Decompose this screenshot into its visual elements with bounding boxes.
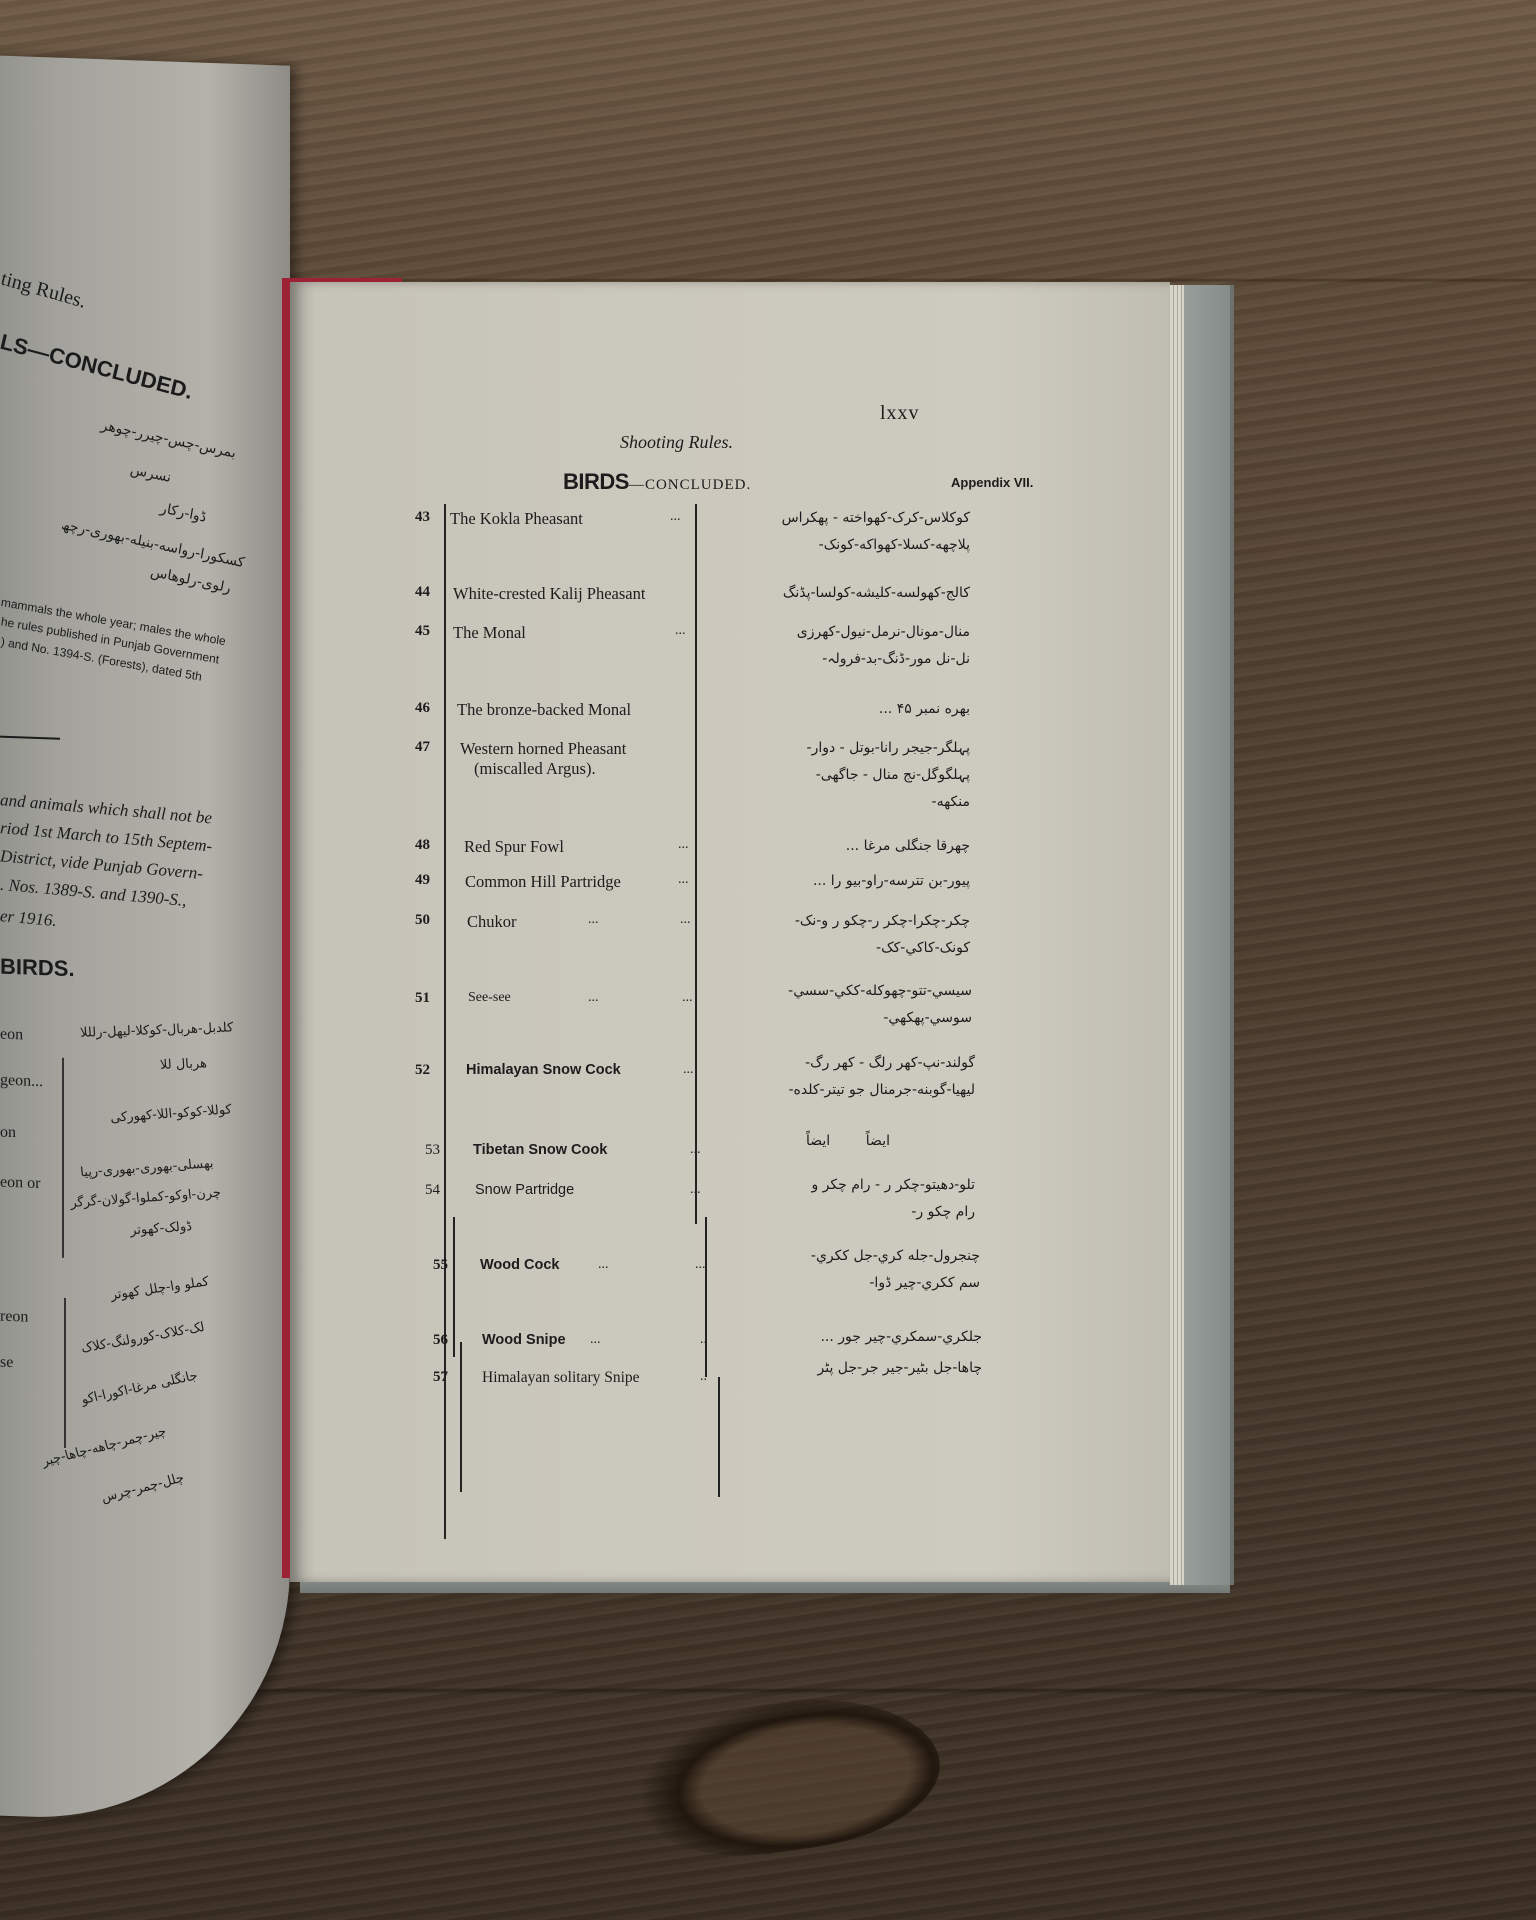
appendix-label: Appendix VII.	[951, 475, 1033, 490]
local-name-line: پہلگوگل-نج منال - جاگھی-	[710, 762, 970, 789]
bird-row: 53 Tibetan Snow Cook ... ايضاً ايضاً	[290, 1142, 1170, 1172]
leader-dots: ...	[588, 912, 599, 928]
local-name-line: سیسي-تتو-چھوکله-ککي-سسي-	[712, 978, 972, 1005]
local-names: کوکلاس-کرک-کھواخته - پھکراس پلاچھه-کسلا-…	[710, 505, 970, 559]
leader-dots: ...	[670, 509, 681, 525]
left-local-name: کسکورا-رواسه-بنیله-بھوری-رچھ	[60, 517, 246, 571]
row-number: 48	[390, 837, 430, 854]
leader-dots: ...	[590, 1332, 601, 1348]
local-name-line: پہلگر-جیجر رانا-بوتل - دوار-	[710, 735, 970, 762]
page-number: lxxv	[880, 402, 920, 425]
row-number: 47	[390, 739, 430, 756]
local-names: جلکري-سمکري-چیر جور ...	[722, 1324, 982, 1351]
bird-row: 45 The Monal ... منال-مونال-نرمل-نیول-کھ…	[290, 623, 1170, 653]
local-name-line: چاها-جل بٹیر-جیر جر-جل پٹر	[722, 1355, 982, 1382]
local-name-line: گولند-نپ-کهر رلگ - کهر رگ-	[715, 1050, 975, 1077]
local-names: کالج-کھولسه-کلیشه-کولسا-پڈنگ	[710, 580, 970, 607]
bird-name: See-see	[468, 990, 511, 1006]
section-title-sub: —CONCLUDED.	[629, 477, 751, 493]
local-names: پیور-بن تترسه-راو-بیو را ...	[710, 868, 970, 895]
left-local-name: هربال للا	[160, 1056, 208, 1073]
left-column-rule	[62, 1058, 64, 1258]
local-name-line: پیور-بن تترسه-راو-بیو را ...	[710, 868, 970, 895]
local-name-line: کوکلاس-کرک-کھواخته - پھکراس	[710, 505, 970, 532]
leader-dots: ...	[690, 1142, 701, 1158]
left-bird-name: se	[0, 1354, 13, 1372]
row-number: 49	[390, 872, 430, 889]
left-local-name: ڈولک-کھوتر	[129, 1219, 192, 1238]
local-names: چھرقا جنگلی مرغا ...	[710, 833, 970, 860]
running-head: Shooting Rules.	[620, 432, 733, 453]
left-running-head: ting Rules.	[0, 268, 88, 314]
row-number: 43	[390, 509, 430, 526]
leader-dots: ...	[675, 623, 686, 639]
left-local-name: بهسلی-بهوری-بھوری-رپیا	[80, 1156, 215, 1180]
local-names: ايضاً ايضاً	[710, 1128, 890, 1155]
left-local-name: ڈوا-رکار	[159, 500, 207, 525]
row-number: 45	[390, 623, 430, 640]
leader-dots: ...	[695, 1257, 706, 1273]
bird-row: 51 See-see ... ... سیسي-تتو-چھوکله-ککي-س…	[290, 990, 1170, 1020]
bird-name-line: Western horned Pheasant	[460, 739, 626, 758]
left-page: ting Rules. LS—CONCLUDED. بمرس-چس-چیرر-چ…	[0, 54, 290, 1826]
left-local-name: چیر-چمر-چاهه-چاها-چیر	[40, 1424, 168, 1470]
local-names: بهره نمبر ۴۵ ...	[710, 696, 970, 723]
row-number: 57	[408, 1369, 448, 1386]
leader-dots: ...	[683, 1062, 694, 1078]
local-name-line: پلاچھه-کسلا-کھواکه-کونک-	[710, 532, 970, 559]
wood-stain	[631, 1680, 949, 1870]
left-local-name: رلوی-رلوهاس	[149, 564, 232, 597]
local-names: چاها-جل بٹیر-جیر جر-جل پٹر	[722, 1355, 982, 1382]
left-bird-name: reon	[0, 1308, 28, 1327]
bird-row: 43 The Kokla Pheasant ... کوکلاس-کرک-کھو…	[290, 509, 1170, 539]
left-bird-name: eon	[0, 1026, 23, 1045]
bird-name-line: (miscalled Argus).	[460, 759, 626, 779]
section-title: BIRDS—CONCLUDED.	[563, 469, 751, 495]
local-name-line: تلو-دهیتو-چکر ر - رام چکر و	[715, 1172, 975, 1199]
leader-dots: ...	[690, 1182, 701, 1198]
back-board	[1180, 285, 1234, 1585]
left-local-name: بمرس-چس-چیرر-چوهر	[100, 417, 238, 461]
row-number: 55	[408, 1257, 448, 1274]
bird-row: 57 Himalayan solitary Snipe .. چاها-جل ب…	[290, 1369, 1170, 1399]
section-title-main: BIRDS	[563, 469, 629, 494]
left-birds-heading: BIRDS.	[0, 954, 75, 983]
left-italic-line: er 1916.	[0, 906, 57, 931]
left-local-name: کملو وا-چلل کھوتر	[109, 1274, 210, 1303]
row-number: 56	[408, 1332, 448, 1349]
row-number: 52	[390, 1062, 430, 1079]
local-name-line: کونک-کاکي-کک-	[710, 935, 970, 962]
leader-dots: ...	[588, 990, 599, 1006]
bird-row: 49 Common Hill Partridge ... پیور-بن تتر…	[290, 872, 1170, 902]
local-name-line: کالج-کھولسه-کلیشه-کولسا-پڈنگ	[710, 580, 970, 607]
bird-row: 55 Wood Cock ... ... چنجرول-جله کري-جل ک…	[290, 1257, 1170, 1287]
leader-dots: ..	[700, 1369, 707, 1385]
bird-name: Snow Partridge	[475, 1182, 574, 1198]
left-local-name: کلدبل-هربال-کوکلا-لیهل-رلللا	[80, 1020, 234, 1040]
row-number: 46	[390, 700, 430, 717]
local-name-line: سم ککري-چیر ڈوا-	[720, 1270, 980, 1297]
local-names: تلو-دهیتو-چکر ر - رام چکر و رام چکو ر-	[715, 1172, 975, 1226]
local-names: چکر-چکرا-چکر ر-چکو ر و-نک- کونک-کاکي-کک-	[710, 908, 970, 962]
bird-row: 50 Chukor ... ... چکر-چکرا-چکر ر-چکو ر و…	[290, 912, 1170, 942]
bird-name: Wood Snipe	[482, 1332, 566, 1348]
row-number: 53	[400, 1142, 440, 1159]
leader-dots: ...	[678, 872, 689, 888]
leader-dots: ...	[678, 837, 689, 853]
local-names: گولند-نپ-کهر رلگ - کهر رگ- لیهیا-گوبنه-ج…	[715, 1050, 975, 1104]
left-rule	[0, 736, 60, 740]
local-name-line: چکر-چکرا-چکر ر-چکو ر و-نک-	[710, 908, 970, 935]
local-name-line: بهره نمبر ۴۵ ...	[710, 696, 970, 723]
bird-name: Himalayan solitary Snipe	[482, 1369, 640, 1387]
bird-row: 44 White-crested Kalij Pheasant کالج-کھو…	[290, 584, 1170, 614]
bird-name: The Kokla Pheasant	[450, 509, 583, 529]
local-name-line: نل-نل مور-ڈنگ-بد-فرولہ-	[710, 646, 970, 673]
left-local-name: کوللا-کوکو-اللا-کھورکی	[110, 1102, 233, 1125]
local-name-line: ايضاً ايضاً	[710, 1128, 890, 1155]
left-bird-name: geon...	[0, 1072, 43, 1092]
local-name-line: منکھه-	[710, 789, 970, 816]
local-name-line: چنجرول-جله کري-جل ککري-	[720, 1243, 980, 1270]
bird-name: Red Spur Fowl	[464, 837, 564, 857]
number-column-rule	[460, 1342, 462, 1492]
leader-dots: ...	[682, 990, 693, 1006]
left-local-name: چلل-چمر-چرس	[100, 1471, 186, 1506]
bird-row: 52 Himalayan Snow Cock ... گولند-نپ-کهر …	[290, 1062, 1170, 1092]
bird-name: The bronze-backed Monal	[457, 700, 631, 720]
left-bird-name: eon or	[0, 1174, 40, 1193]
bird-name: Western horned Pheasant (miscalled Argus…	[460, 739, 626, 779]
bird-name: Tibetan Snow Cook	[473, 1142, 607, 1158]
local-names: پہلگر-جیجر رانا-بوتل - دوار- پہلگوگل-نج …	[710, 735, 970, 816]
left-local-name: لک-کلاک-کورولنگ-کلاک	[80, 1320, 206, 1357]
left-section-title: LS—CONCLUDED.	[0, 329, 195, 405]
left-local-name: نسرس	[129, 462, 172, 486]
row-number: 44	[390, 584, 430, 601]
leader-dots: ..	[700, 1332, 707, 1348]
local-names: چنجرول-جله کري-جل ککري- سم ککري-چیر ڈوا-	[720, 1243, 980, 1297]
local-name-line: لیهیا-گوبنه-جرمنال جو تیتر-کلده-	[715, 1077, 975, 1104]
local-names: منال-مونال-نرمل-نیول-کھرزی نل-نل مور-ڈنگ…	[710, 619, 970, 673]
bird-name: Common Hill Partridge	[465, 872, 621, 892]
row-number: 54	[400, 1182, 440, 1199]
row-number: 51	[390, 990, 430, 1007]
local-names: سیسي-تتو-چھوکله-ککي-سسي- سوسي-پهکهي-	[712, 978, 972, 1032]
left-local-name: چرن-اوکو-کملوا-گولان-گرگر	[70, 1185, 222, 1211]
bird-name: Wood Cock	[480, 1257, 559, 1273]
bird-row: 47 Western horned Pheasant (miscalled Ar…	[290, 739, 1170, 769]
bird-name: Chukor	[467, 912, 517, 932]
local-name-line: سوسي-پهکهي-	[712, 1005, 972, 1032]
left-column-rule	[64, 1298, 66, 1448]
bird-row: 46 The bronze-backed Monal بهره نمبر ۴۵ …	[290, 700, 1170, 730]
left-bird-name: on	[0, 1124, 16, 1143]
bird-row: 48 Red Spur Fowl ... چھرقا جنگلی مرغا ..…	[290, 837, 1170, 867]
bird-name: White-crested Kalij Pheasant	[453, 584, 645, 604]
left-local-name: جانگلی مرغا-اکورا-اکو	[80, 1368, 199, 1407]
page-edges	[1170, 285, 1184, 1585]
bird-name: Himalayan Snow Cock	[466, 1062, 621, 1078]
leader-dots: ...	[598, 1257, 609, 1273]
bird-row: 54 Snow Partridge ... تلو-دهیتو-چکر ر - …	[290, 1182, 1170, 1212]
local-name-line: منال-مونال-نرمل-نیول-کھرزی	[710, 619, 970, 646]
leader-dots: ...	[680, 912, 691, 928]
local-name-line: رام چکو ر-	[715, 1199, 975, 1226]
right-page-content: lxxv Shooting Rules. BIRDS—CONCLUDED. Ap…	[290, 282, 1170, 1582]
bird-name: The Monal	[453, 623, 526, 643]
local-name-line: جلکري-سمکري-چیر جور ...	[722, 1324, 982, 1351]
row-number: 50	[390, 912, 430, 929]
local-name-line: چھرقا جنگلی مرغا ...	[710, 833, 970, 860]
